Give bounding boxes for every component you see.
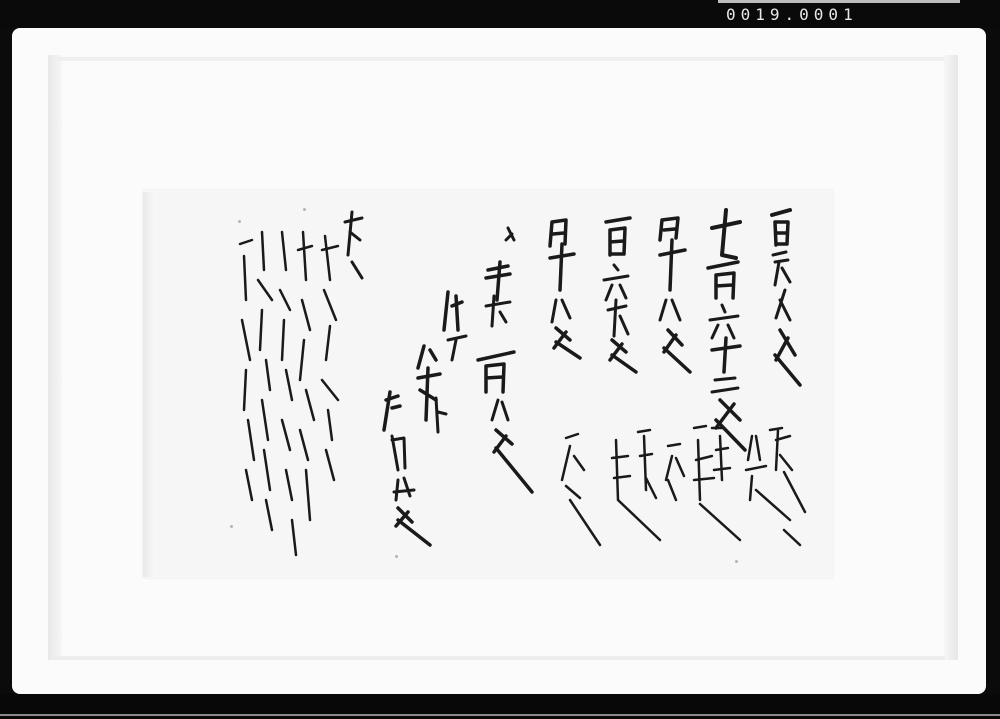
column-5	[550, 220, 580, 358]
film-bottom-edge	[0, 714, 1000, 716]
left-block	[240, 212, 362, 555]
column-8-sub	[418, 346, 446, 432]
column-3	[660, 218, 690, 372]
column-9-amount	[384, 392, 430, 545]
column-1	[772, 210, 800, 385]
annotations	[562, 426, 805, 545]
column-2	[708, 210, 745, 450]
column-7-sub	[444, 292, 466, 360]
calligraphy-layer	[0, 0, 1000, 719]
column-4	[604, 218, 636, 372]
column-6-total	[478, 228, 532, 492]
